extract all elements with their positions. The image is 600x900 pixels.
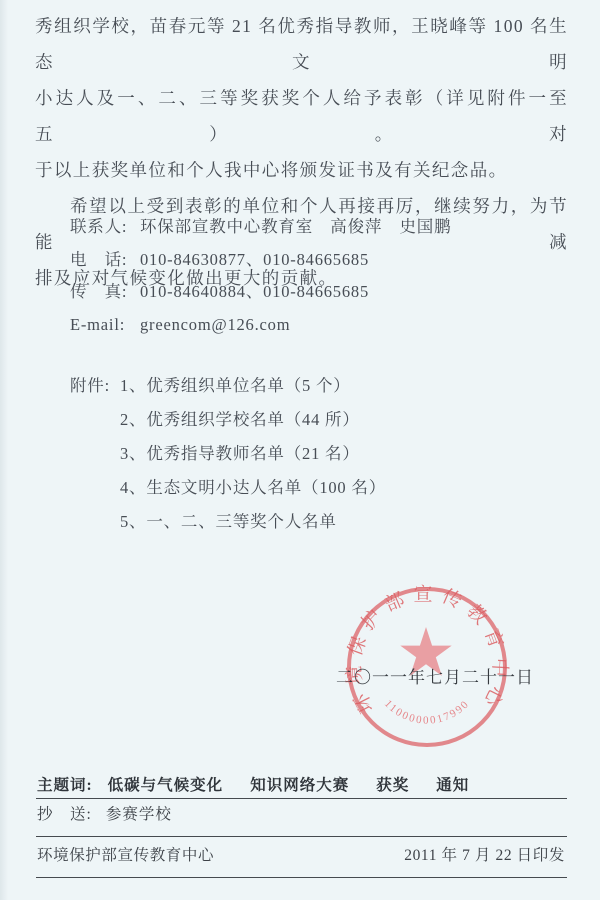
divider-rule-top — [36, 798, 567, 799]
contact-value: 环保部宣教中心教育室 高俊萍 史国鹏 — [140, 211, 451, 244]
issuer-name: 环境保护部宣传教育中心 — [37, 845, 214, 867]
scanned-document-page: 秀组织学校，苗春元等 21 名优秀指导教师，王晓峰等 100 名生态文明 小达人… — [0, 0, 600, 900]
seal-serial-number: 1100000017990 — [382, 698, 472, 727]
attachment-item: 4、生态文明小达人名单（100 名） — [120, 471, 386, 505]
contact-value: greencom@126.com — [140, 309, 290, 342]
attachment-item: 1、优秀组织单位名单（5 个） — [120, 369, 386, 403]
attachments-list: 1、优秀组织单位名单（5 个） 2、优秀组织学校名单（44 所） 3、优秀指导教… — [120, 369, 386, 539]
contact-block: 联系人: 环保部宣教中心教育室 高俊萍 史国鹏 电 话: 010-8463087… — [70, 211, 451, 341]
subject-label: 主题词: — [37, 777, 93, 794]
contact-label: 传 真: — [70, 276, 140, 309]
divider-rule-bottom — [36, 877, 567, 878]
subject-term: 通知 — [436, 777, 469, 794]
attachment-item: 3、优秀指导教师名单（21 名） — [120, 437, 386, 471]
attachment-item: 2、优秀组织学校名单（44 所） — [120, 403, 386, 437]
attachment-item: 5、一、二、三等奖个人名单 — [120, 505, 386, 539]
contact-row-phone: 电 话: 010-84630877、010-84665685 — [70, 244, 451, 277]
body-line: 小达人及一、二、三等奖获奖个人给予表彰（详见附件一至五）。对 — [35, 80, 568, 152]
print-date: 2011 年 7 月 22 日印发 — [404, 845, 565, 867]
body-line: 秀组织学校，苗春元等 21 名优秀指导教师，王晓峰等 100 名生态文明 — [35, 8, 568, 80]
svg-text:1100000017990: 1100000017990 — [382, 698, 472, 727]
contact-value: 010-84630877、010-84665685 — [140, 244, 369, 277]
contact-row-fax: 传 真: 010-84640884、010-84665685 — [70, 276, 451, 309]
issuer-row: 环境保护部宣传教育中心 2011 年 7 月 22 日印发 — [37, 845, 565, 867]
contact-row-email: E-mail: greencom@126.com — [70, 309, 451, 342]
subject-term: 低碳与气候变化 — [108, 777, 224, 794]
cc-row: 抄 送:参赛学校 — [37, 803, 172, 827]
contact-value: 010-84640884、010-84665685 — [140, 276, 369, 309]
signature-date: 二〇一一年七月二十一日 — [328, 667, 542, 689]
attachments-block: 附件: 1、优秀组织单位名单（5 个） 2、优秀组织学校名单（44 所） 3、优… — [70, 369, 386, 539]
contact-label: E-mail: — [70, 309, 140, 342]
subject-term: 获奖 — [376, 777, 409, 794]
divider-rule-middle — [36, 836, 567, 837]
subject-term: 知识网络大赛 — [250, 777, 349, 794]
attachments-label: 附件: — [70, 369, 110, 539]
cc-label: 抄 送: — [37, 806, 92, 823]
contact-label: 电 话: — [70, 244, 140, 277]
contact-label: 联系人: — [70, 211, 140, 244]
contact-row-person: 联系人: 环保部宣教中心教育室 高俊萍 史国鹏 — [70, 211, 451, 244]
cc-value: 参赛学校 — [106, 806, 172, 823]
body-line: 于以上获奖单位和个人我中心将颁发证书及有关纪念品。 — [35, 152, 568, 188]
subject-keywords-row: 主题词:低碳与气候变化知识网络大赛获奖通知 — [37, 774, 469, 798]
